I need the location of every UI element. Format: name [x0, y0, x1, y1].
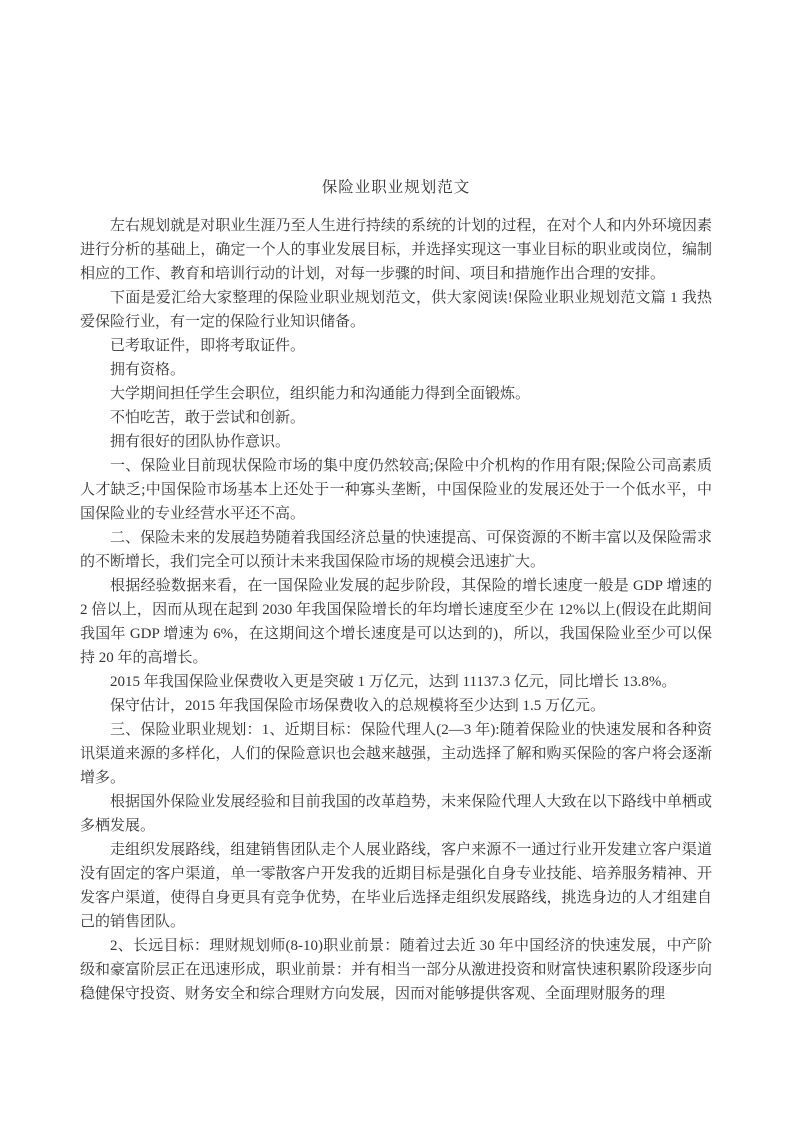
- document-title: 保险业职业规划范文: [80, 176, 712, 200]
- paragraph: 大学期间担任学生会职位，组织能力和沟通能力得到全面锻炼。: [80, 382, 712, 406]
- document-page: 保险业职业规划范文 左右规划就是对职业生涯乃至人生进行持续的系统的计划的过程，在…: [0, 0, 793, 1122]
- paragraph: 走组织发展路线，组建销售团队走个人展业路线，客户来源不一通过行业开发建立客户渠道…: [80, 838, 712, 934]
- paragraph: 下面是爱汇给大家整理的保险业职业规划范文，供大家阅读!保险业职业规划范文篇 1 …: [80, 286, 712, 334]
- paragraph: 拥有很好的团队协作意识。: [80, 430, 712, 454]
- paragraph: 根据经验数据来看，在一国保险业发展的起步阶段，其保险的增长速度一般是 GDP 增…: [80, 574, 712, 670]
- paragraph: 保守估计，2015 年我国保险市场保费收入的总规模将至少达到 1.5 万亿元。: [80, 694, 712, 718]
- paragraph: 不怕吃苦，敢于尝试和创新。: [80, 406, 712, 430]
- paragraph: 左右规划就是对职业生涯乃至人生进行持续的系统的计划的过程，在对个人和内外环境因素…: [80, 214, 712, 286]
- paragraph: 三、保险业职业规划：1、近期目标：保险代理人(2—3 年):随着保险业的快速发展…: [80, 718, 712, 790]
- paragraph: 已考取证件，即将考取证件。: [80, 334, 712, 358]
- paragraph: 拥有资格。: [80, 358, 712, 382]
- paragraph: 二、保险未来的发展趋势随着我国经济总量的快速提高、可保资源的不断丰富以及保险需求…: [80, 526, 712, 574]
- paragraph: 2015 年我国保险业保费收入更是突破 1 万亿元，达到 11137.3 亿元，…: [80, 670, 712, 694]
- paragraph: 一、保险业目前现状保险市场的集中度仍然较高;保险中介机构的作用有限;保险公司高素…: [80, 454, 712, 526]
- paragraph: 2、长远目标：理财规划师(8-10)职业前景：随着过去近 30 年中国经济的快速…: [80, 934, 712, 1006]
- paragraph: 根据国外保险业发展经验和目前我国的改革趋势，未来保险代理人大致在以下路线中单栖或…: [80, 790, 712, 838]
- document-content: 保险业职业规划范文 左右规划就是对职业生涯乃至人生进行持续的系统的计划的过程，在…: [80, 176, 712, 1006]
